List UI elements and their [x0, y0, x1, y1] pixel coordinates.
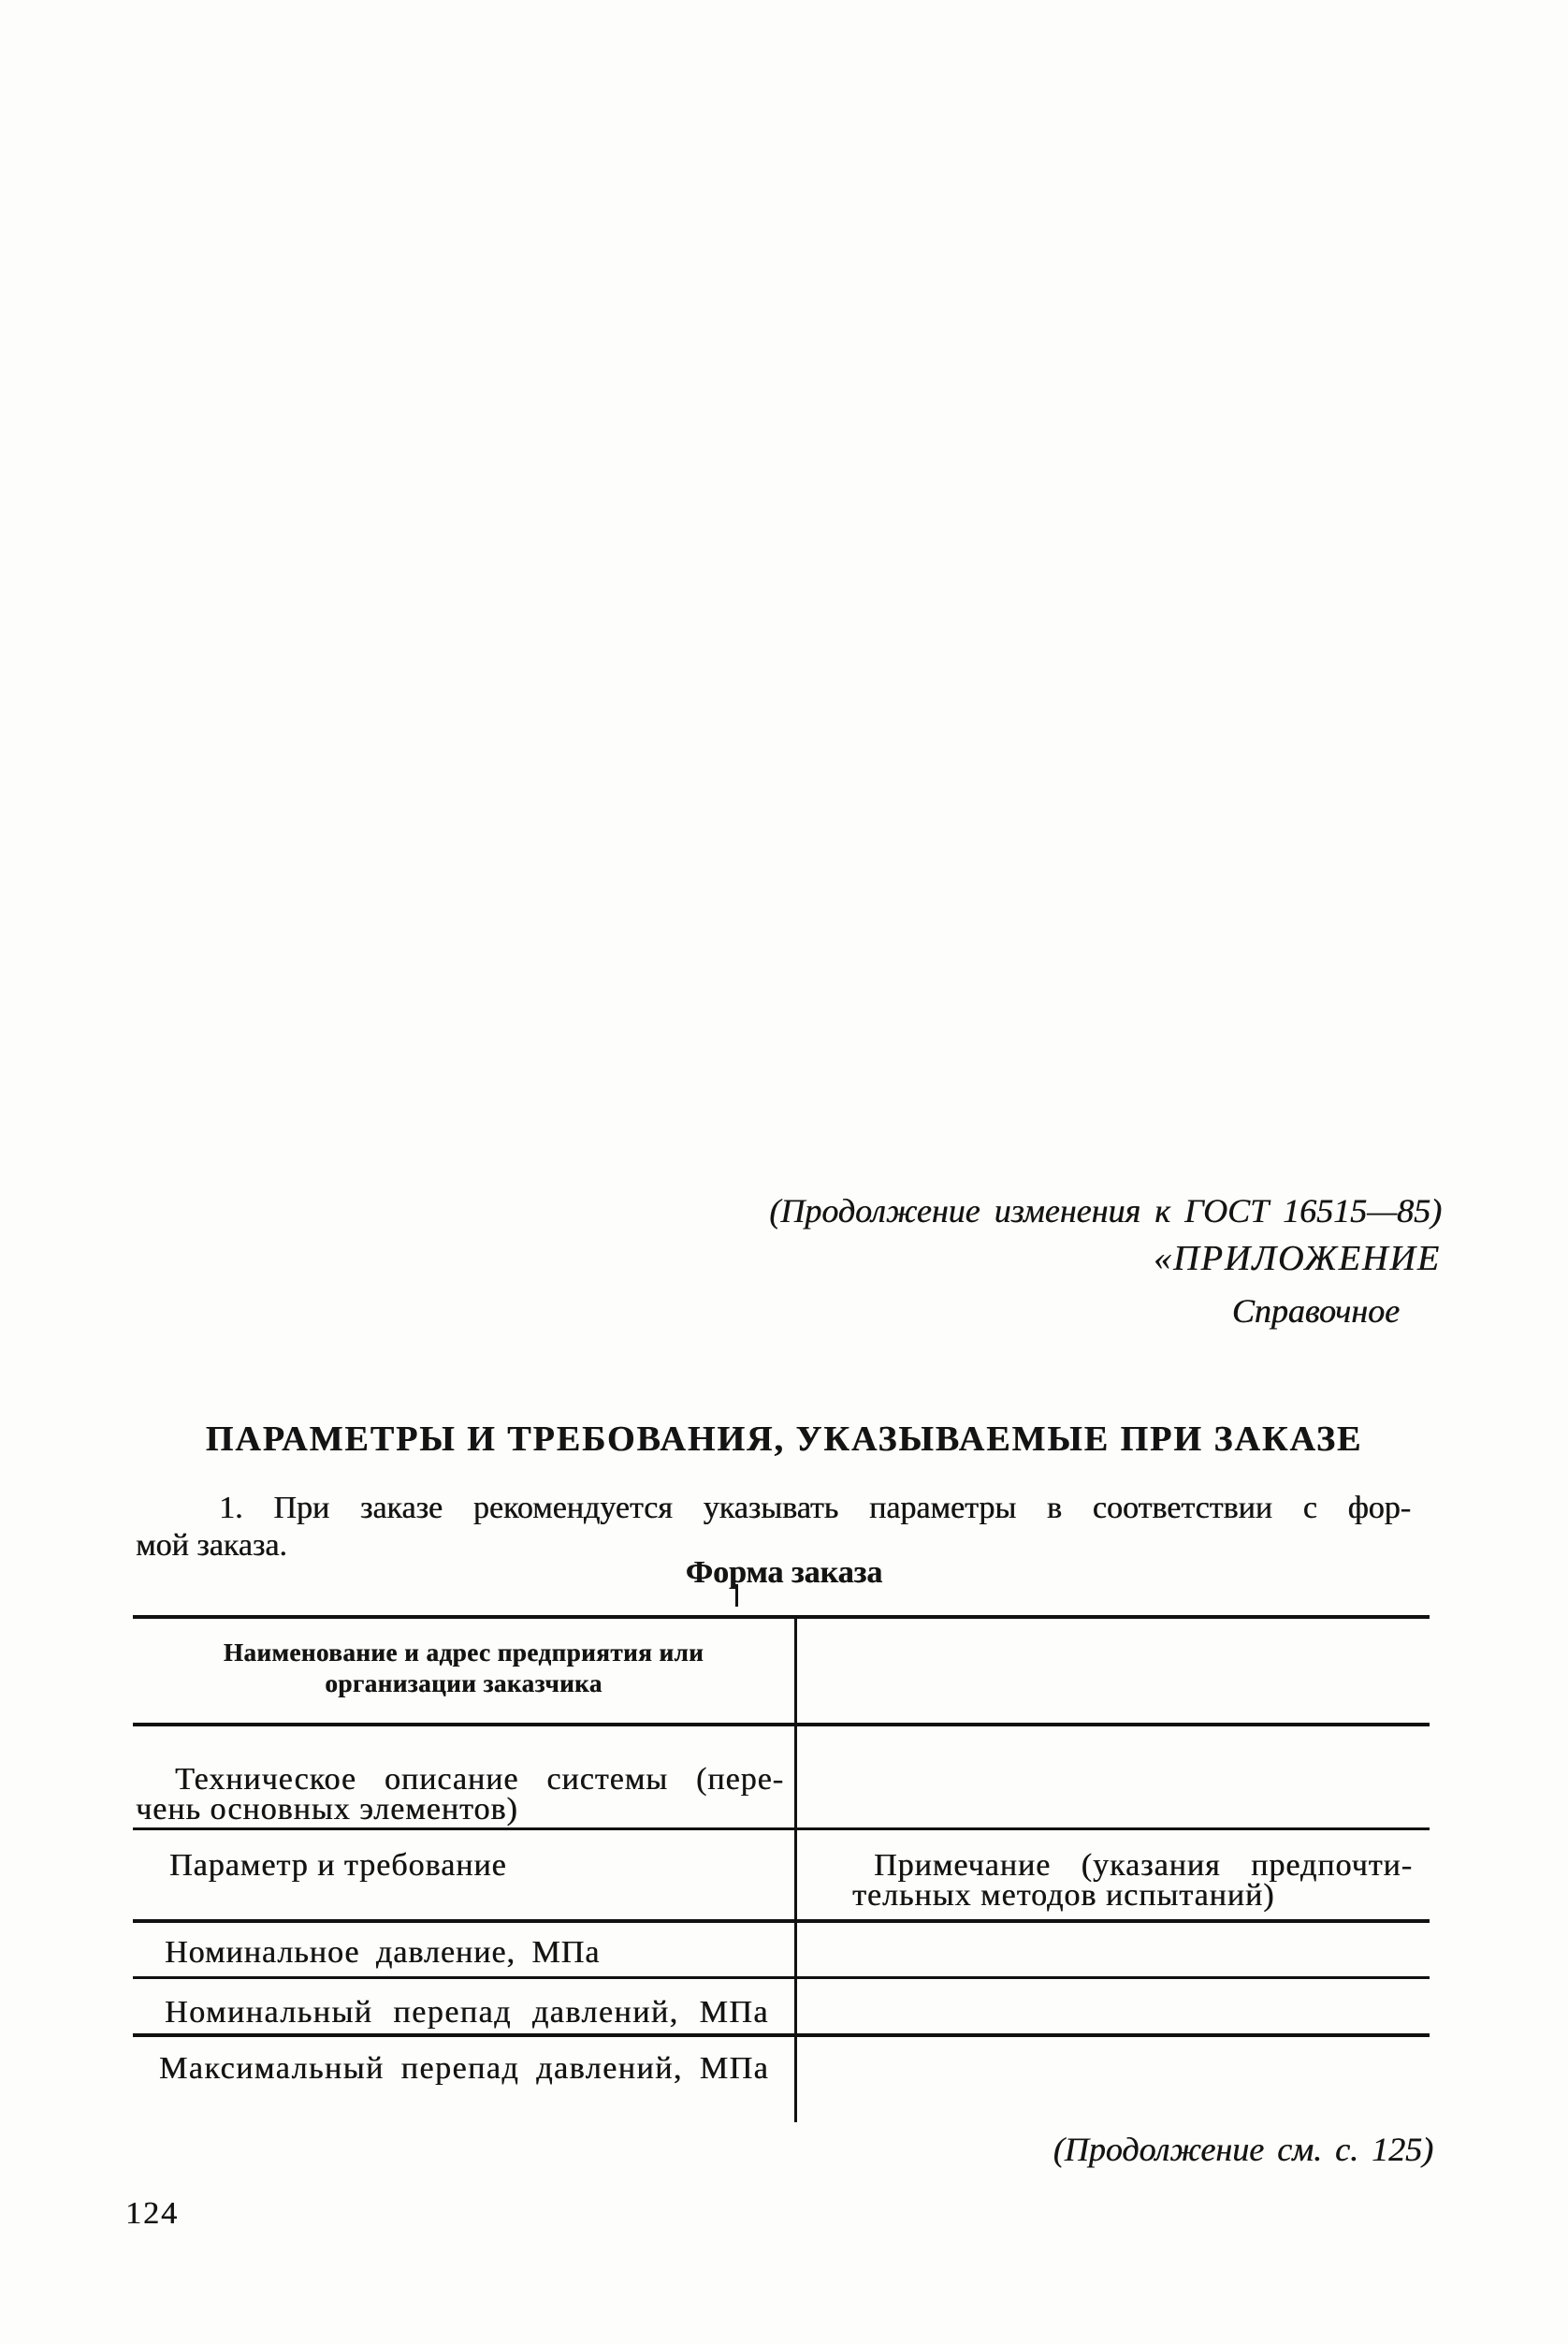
table-row-divider: [133, 1723, 1430, 1726]
table-cell-parameter-header: Параметр и требование: [169, 1850, 507, 1882]
table-row-divider: [133, 2033, 1430, 2037]
table-cell-label: Максимальный перепад давлений, МПа: [159, 2053, 769, 2085]
table-cell-label: Номинальное давление, МПа: [165, 1937, 600, 1969]
page-number: 124: [125, 2198, 179, 2230]
table-column-divider: [794, 1615, 797, 2122]
order-form-title: Форма заказа: [0, 1557, 1568, 1589]
table-cell-label: чень основных элементов): [136, 1794, 518, 1826]
table-cell-label: Наименование и адрес предприятия или: [133, 1638, 794, 1668]
page-title: ПАРАМЕТРЫ И ТРЕБОВАНИЯ, УКАЗЫВАЕМЫЕ ПРИ …: [0, 1421, 1568, 1457]
document-page: (Продолжение изменения к ГОСТ 16515—85) …: [0, 0, 1568, 2344]
table-cell-note-header: тельных методов испытаний): [852, 1880, 1274, 1912]
scan-artifact-mark: [735, 1584, 738, 1607]
table-cell-label: Техническое описание системы (пере-: [175, 1764, 784, 1796]
appendix-label: «ПРИЛОЖЕНИЕ: [1154, 1241, 1441, 1276]
table-border-top: [133, 1615, 1430, 1619]
table-row-divider: [133, 1919, 1430, 1923]
table-cell-label: Номинальный перепад давлений, МПа: [165, 1997, 769, 2029]
continuation-header: (Продолжение изменения к ГОСТ 16515—85): [769, 1194, 1442, 1228]
continuation-footer: (Продолжение см. с. 125): [1053, 2133, 1433, 2166]
table-cell-label: организации заказчика: [133, 1668, 794, 1699]
appendix-type-label: Справочное: [1232, 1294, 1400, 1328]
table-row-divider: [133, 1976, 1430, 1979]
intro-paragraph-line1: 1. При заказе рекомендуется указывать па…: [219, 1492, 1411, 1524]
table-row: Наименование и адрес предприятия или орг…: [133, 1638, 794, 1699]
table-row-divider: [133, 1827, 1430, 1830]
table-cell-note-header: Примечание (указания предпочти-: [874, 1850, 1413, 1882]
